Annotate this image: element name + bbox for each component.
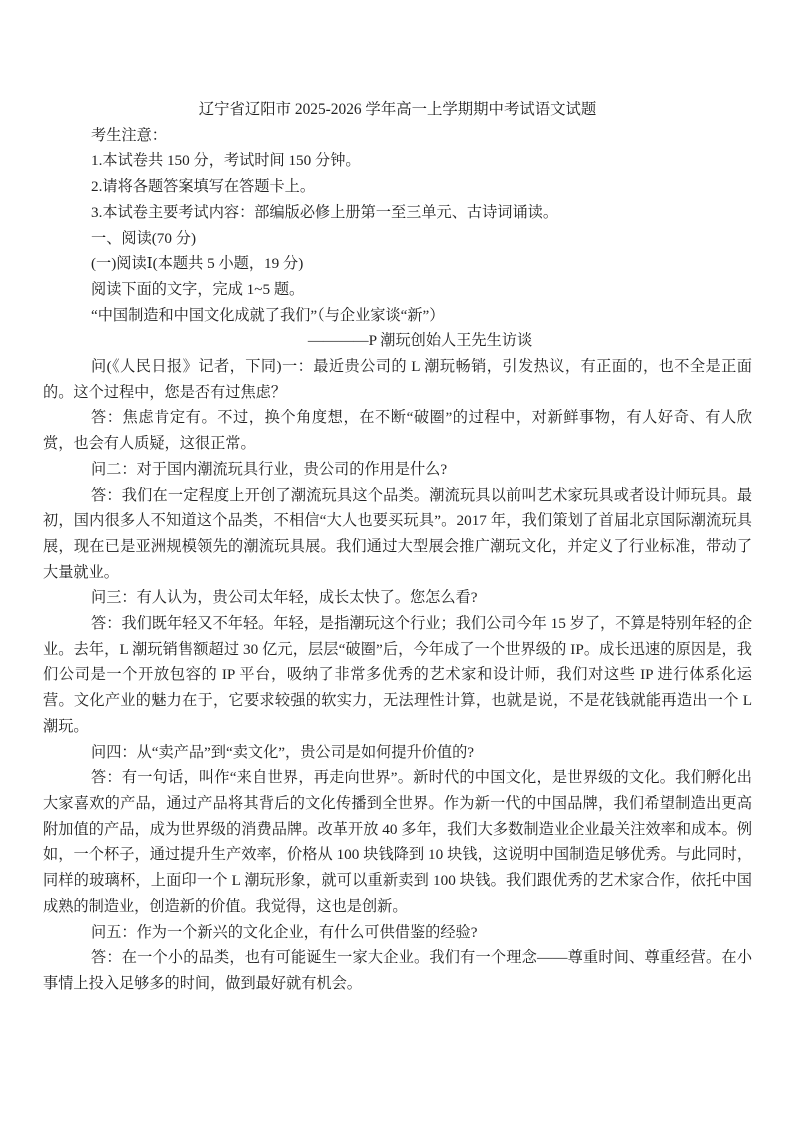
page-title: 辽宁省辽阳市 2025-2026 学年高一上学期期中考试语文试题 bbox=[43, 97, 752, 123]
passage-paragraph: 问三：有人认为，贵公司太年轻，成长太快了。您怎么看? bbox=[43, 585, 752, 611]
subsection-heading: (一)阅读Ⅰ(本题共 5 小题，19 分) bbox=[43, 251, 752, 277]
exam-paper-page: 辽宁省辽阳市 2025-2026 学年高一上学期期中考试语文试题 考生注意： 1… bbox=[0, 0, 793, 1121]
passage-paragraph: 问(《人民日报》记者，下同)一：最近贵公司的 L 潮玩畅销，引发热议，有正面的，… bbox=[43, 354, 752, 405]
passage-paragraph: 问二：对于国内潮流玩具行业，贵公司的作用是什么? bbox=[43, 457, 752, 483]
passage-paragraph: 答：焦虑肯定有。不过，换个角度想，在不断“破圈”的过程中，对新鲜事物，有人好奇、… bbox=[43, 405, 752, 456]
passage-paragraph: 答：我们在一定程度上开创了潮流玩具这个品类。潮流玩具以前叫艺术家玩具或者设计师玩… bbox=[43, 483, 752, 586]
notice-label: 考生注意： bbox=[43, 123, 752, 149]
passage-paragraph: 问五：作为一个新兴的文化企业，有什么可供借鉴的经验? bbox=[43, 920, 752, 946]
reading-instruction: 阅读下面的文字，完成 1~5 题。 bbox=[43, 277, 752, 303]
passage-title: “中国制造和中国文化成就了我们”（与企业家谈“新”） bbox=[43, 303, 752, 329]
section-heading: 一、阅读(70 分) bbox=[43, 226, 752, 252]
document-content: 辽宁省辽阳市 2025-2026 学年高一上学期期中考试语文试题 考生注意： 1… bbox=[0, 0, 793, 997]
passage-paragraph: 答：有一句话，叫作“来自世界，再走向世界”。新时代的中国文化，是世界级的文化。我… bbox=[43, 765, 752, 919]
notice-item: 1.本试卷共 150 分，考试时间 150 分钟。 bbox=[43, 148, 752, 174]
notice-item: 3.本试卷主要考试内容：部编版必修上册第一至三单元、古诗词诵读。 bbox=[43, 200, 752, 226]
notice-item: 2.请将各题答案填写在答题卡上。 bbox=[43, 174, 752, 200]
passage-paragraph: 答：在一个小的品类，也有可能诞生一家大企业。我们有一个理念——尊重时间、尊重经营… bbox=[43, 945, 752, 996]
passage-paragraph: 答：我们既年轻又不年轻。年轻，是指潮玩这个行业；我们公司今年 15 岁了，不算是… bbox=[43, 611, 752, 740]
passage-paragraph: 问四：从“卖产品”到“卖文化”，贵公司是如何提升价值的? bbox=[43, 740, 752, 766]
passage-byline: ————P 潮玩创始人王先生访谈 bbox=[43, 328, 752, 354]
